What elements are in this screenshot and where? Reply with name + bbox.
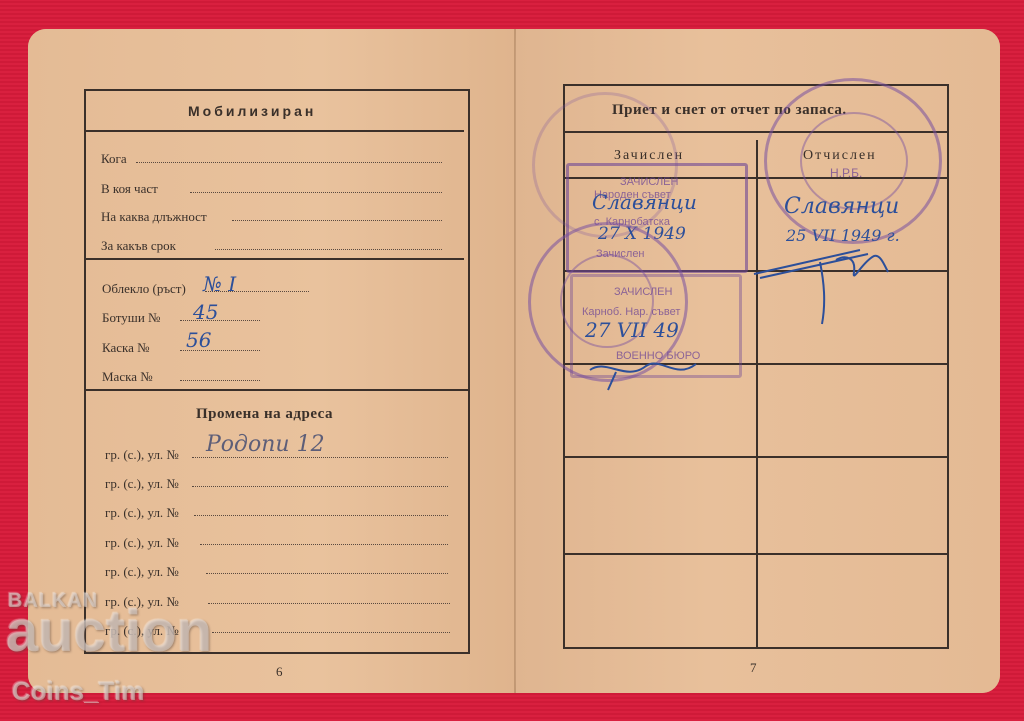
row-divider (565, 553, 947, 555)
field-label-term: За какъв срок (101, 238, 176, 254)
enrolled-place-handwriting: Славянци (592, 190, 697, 214)
field-line-term[interactable] (215, 249, 442, 250)
field-label-position: На каква длъжност (101, 209, 207, 225)
booklet-spine (514, 29, 516, 693)
clothing-size-value: № I (203, 272, 236, 296)
watermark-auction: auction (6, 598, 212, 665)
page-number-left: 6 (276, 664, 283, 680)
address-row-line[interactable] (212, 632, 450, 633)
address-row-label: гр. (с.), ул. № (105, 535, 179, 551)
field-line-unit[interactable] (190, 192, 442, 193)
address-change-title: Промена на адреса (196, 406, 333, 423)
military-stamp-line: Карноб. Нар. съвет (582, 306, 680, 318)
field-line-mask[interactable] (180, 380, 260, 381)
signature-scribble (750, 232, 910, 328)
peoples-council-stamp-center: Н.Р.Б. (830, 166, 862, 180)
column-divider (756, 140, 758, 647)
enrolled-stamp-line: ЗАЧИСЛЕН (620, 176, 678, 188)
field-line-boots[interactable] (180, 320, 260, 321)
field-label-mask: Маска № (102, 369, 153, 385)
mobilized-section-divider (84, 258, 464, 260)
equipment-section-divider (84, 389, 468, 391)
address-row-label: гр. (с.), ул. № (105, 447, 179, 463)
military-date-handwriting: 27 VII 49 (585, 318, 679, 342)
row-divider (565, 456, 947, 458)
field-label-unit: В коя част (101, 181, 158, 197)
address-row-line[interactable] (208, 603, 450, 604)
helmet-size-value: 56 (186, 328, 211, 352)
military-stamp-line: ЗАЧИСЛЕН (614, 286, 672, 298)
field-label-helmet: Каска № (102, 340, 150, 356)
address-row-label: гр. (с.), ул. № (105, 564, 179, 580)
discharged-place-handwriting: Славянци (784, 194, 899, 219)
address-row-line[interactable] (194, 515, 448, 516)
watermark-coins-tim: Coins_Tim (12, 676, 144, 707)
address-row-value: Родопи 12 (206, 432, 325, 457)
mobilized-title-divider (84, 130, 464, 132)
field-label-boots: Ботуши № (102, 310, 160, 326)
boots-size-value: 45 (193, 300, 218, 324)
address-row-label: гр. (с.), ул. № (105, 476, 179, 492)
address-row-line[interactable] (200, 544, 448, 545)
mobilized-title: Мобилизиран (188, 103, 316, 119)
address-row-line[interactable] (192, 486, 448, 487)
field-line-position[interactable] (232, 220, 442, 221)
address-row-label: гр. (с.), ул. № (105, 505, 179, 521)
address-row-line[interactable] (192, 457, 448, 458)
field-label-clothing: Облекло (ръст) (102, 281, 186, 297)
enrolled-signature-scribble (586, 352, 716, 392)
field-label-when: Кога (101, 151, 127, 167)
address-row-line[interactable] (206, 573, 448, 574)
field-line-when[interactable] (136, 162, 442, 163)
page-number-right: 7 (750, 660, 757, 676)
